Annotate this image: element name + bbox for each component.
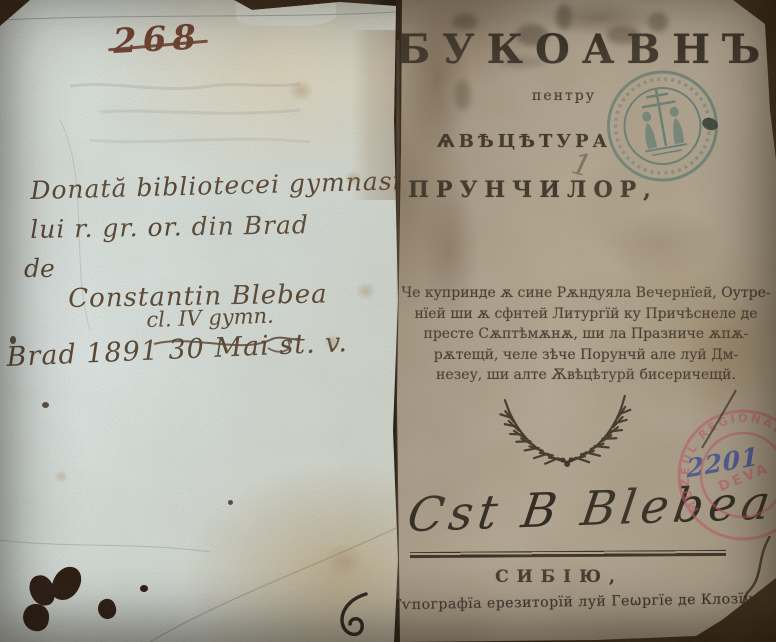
ink-speck xyxy=(140,585,148,592)
paragraph-line: рѫтещй, челе зѣче Порунчй але луй Дм- xyxy=(396,345,776,366)
book-photograph: 268 Donată bibliotecei gymnasiu- lui r. … xyxy=(0,0,776,642)
paragraph-line: незеу, ши алте Ѫвѣцѣтурй бисеричещй. xyxy=(396,365,776,386)
paragraph-line: Че купринде ѫ сине Рѫндуяла Вечернїей, О… xyxy=(396,283,776,304)
left-page-flyleaf: 268 Donată bibliotecei gymnasiu- lui r. … xyxy=(0,0,398,642)
foxing-spot xyxy=(324,334,342,350)
foxing-spot xyxy=(324,544,364,578)
foxing-spot xyxy=(288,80,314,102)
laurel-ornament xyxy=(489,389,644,470)
imprint-city: СИБІЮ, xyxy=(396,567,776,587)
printed-rule xyxy=(410,550,726,558)
contents-paragraph: Че купринде ѫ сине Рѫндуяла Вечернїей, О… xyxy=(396,283,776,386)
pen-flourish xyxy=(150,330,310,358)
imprint-printer: Тѵпографїа ерезиторїй луй Геѡргїе де Кло… xyxy=(392,591,774,614)
inscription-line: de xyxy=(24,254,55,283)
paragraph-line: нїей ши ѫ сфнтей Литургїй ку Причѣснеле … xyxy=(396,304,776,325)
paragraph-line: престе Сѫптѣмѫнѫ, ши ла Празниче ѫпѫ- xyxy=(396,324,776,345)
foxing-spot xyxy=(54,470,68,483)
title-page: БУКОАВНЪ пентру ѦВѢЦѢТУРА 1 ПРУНЧИЛОР, Ч… xyxy=(396,0,776,642)
foxing-spot xyxy=(344,170,362,186)
dirt-fleck xyxy=(228,500,233,505)
inscription-line-class: cl. IV gymn. xyxy=(146,304,274,332)
foxing-spot xyxy=(356,282,376,300)
dirt-fleck xyxy=(42,402,49,408)
pen-curl-mark xyxy=(334,590,378,642)
catalog-number-handwritten: 268 xyxy=(112,17,203,62)
pen-slash-mark xyxy=(694,388,744,450)
inscription-line: lui r. gr. or. din Brad xyxy=(30,210,309,244)
stain xyxy=(600,208,720,278)
book-title: БУКОАВНЪ xyxy=(396,26,776,73)
dirt-fleck xyxy=(10,336,16,344)
title-line-pentru: пентру xyxy=(396,88,776,104)
